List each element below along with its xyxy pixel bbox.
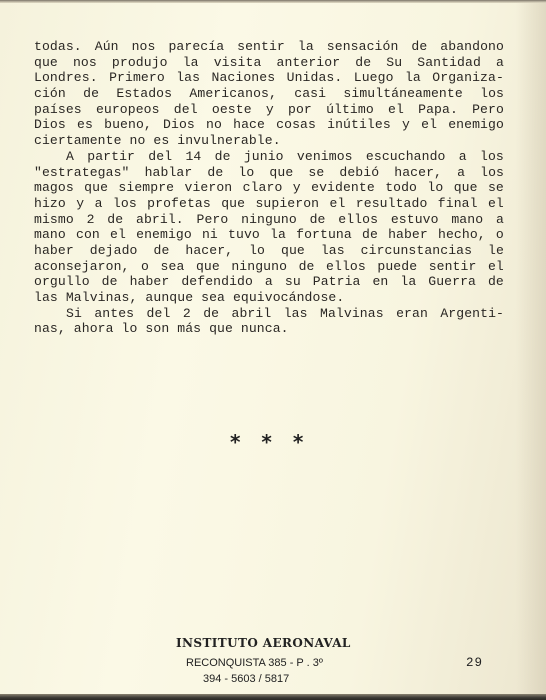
word: de (299, 259, 315, 275)
word: Estados (116, 86, 172, 102)
word: y (266, 102, 274, 118)
word: el (388, 102, 404, 118)
word: el (488, 196, 504, 212)
text-line: paíseseuropeosdeloesteyporúltimoelPapa.P… (34, 102, 504, 118)
word: las (176, 70, 200, 86)
word: a (457, 165, 465, 181)
page-number: 29 (466, 656, 483, 670)
word: ninguno (241, 212, 297, 228)
word: haber (34, 243, 74, 259)
word: hace (233, 117, 265, 133)
word: que (84, 180, 108, 196)
word: final (438, 196, 478, 212)
word: puede (377, 259, 417, 275)
word: circunstancias (361, 243, 472, 259)
word: hecho, (438, 227, 486, 243)
word: de (107, 212, 123, 228)
word: resultado (356, 196, 428, 212)
word: ni (202, 227, 218, 243)
word: el (421, 117, 437, 133)
word: o (496, 227, 504, 243)
word: Malvinas (320, 306, 384, 322)
word: Londres. (34, 70, 98, 86)
word: escuchando (366, 149, 446, 165)
word: que (454, 180, 478, 196)
word: supieron (255, 196, 319, 212)
word: por (288, 102, 312, 118)
word: partir (87, 149, 135, 165)
word: Primero (109, 70, 165, 86)
word: simultáneamente (343, 86, 462, 102)
word: Naciones (212, 70, 276, 86)
text-line: manoconelenemigonituvolafortunadehaberhe… (34, 227, 504, 243)
word: del (174, 102, 198, 118)
word: le (488, 243, 504, 259)
word: todo (385, 180, 417, 196)
word: Guerra (428, 274, 476, 290)
text-line: Londres.PrimerolasNacionesUnidas.Luegola… (34, 70, 504, 86)
word: los (480, 149, 504, 165)
word: hablar (145, 165, 193, 181)
word: o (141, 259, 149, 275)
word: del (148, 149, 172, 165)
word: haber (130, 274, 170, 290)
word: el (330, 196, 346, 212)
text-line: las Malvinas, aunque sea equivocándose. (34, 290, 504, 306)
word: defendido (181, 274, 253, 290)
word: de (411, 39, 427, 55)
body-text: todas.Aúnnosparecíasentirlasensacióndeab… (34, 39, 504, 337)
word: claro (243, 180, 283, 196)
word: las (321, 243, 345, 259)
word: vieron (185, 180, 233, 196)
word: enemigo (136, 227, 192, 243)
word: de (83, 86, 99, 102)
word: inútiles (327, 117, 391, 133)
word: fortuna (296, 227, 352, 243)
word: eran (396, 306, 428, 322)
word: produjo (112, 55, 168, 71)
word: Santidad (417, 55, 481, 71)
word: dejado (90, 243, 138, 259)
word: Unidas. (287, 70, 343, 86)
word: de (203, 306, 219, 322)
word: junio (244, 149, 284, 165)
word: tuvo (228, 227, 260, 243)
word: ción (34, 86, 66, 102)
word: siempre (118, 180, 174, 196)
word: Si (66, 306, 82, 322)
word: la (400, 274, 416, 290)
text-line: hizoyalosprofetasquesupieronelresultadof… (34, 196, 504, 212)
word: Aún (95, 39, 119, 55)
word: sentir (429, 259, 477, 275)
word: los (113, 196, 137, 212)
word: Papa. (418, 102, 458, 118)
word: orgullo (34, 274, 90, 290)
word: A (66, 149, 74, 165)
word: último (326, 102, 374, 118)
word: la (183, 55, 199, 71)
word: lo (249, 243, 265, 259)
word: 14 (185, 149, 201, 165)
word: parecía (168, 39, 224, 55)
word: Organiza- (432, 70, 504, 86)
word: se (488, 180, 504, 196)
word: nos (132, 39, 156, 55)
word: Dios (34, 117, 66, 133)
word: la (298, 39, 314, 55)
word: ellos (338, 212, 378, 228)
word: debió (339, 165, 379, 181)
word: Su (386, 55, 402, 71)
footer-address: RECONQUISTA 385 - P . 3º (186, 657, 323, 669)
word: que (221, 196, 245, 212)
word: que (196, 259, 220, 275)
word: de (215, 149, 231, 165)
word: haber (388, 227, 428, 243)
word: visita (214, 55, 262, 71)
word: antes (94, 306, 134, 322)
word: de (310, 212, 326, 228)
word: lo (427, 180, 443, 196)
word: estuvo (391, 212, 439, 228)
word: ellos (326, 259, 366, 275)
footer-institution: INSTITUTO AERONAVAL (176, 636, 351, 650)
word: enemigo (448, 117, 504, 133)
word: de (102, 274, 118, 290)
text-line: aconsejaron,oseaqueningunodeellospuedese… (34, 259, 504, 275)
word: cosas (276, 117, 316, 133)
word: lo (238, 165, 254, 181)
word: abandono (440, 39, 504, 55)
word: los (480, 165, 504, 181)
word: hizo (34, 196, 66, 212)
word: su (285, 274, 301, 290)
word: 2 (183, 306, 191, 322)
text-line: cióndeEstadosAmericanos,casisimultáneame… (34, 86, 504, 102)
word: Dios (163, 117, 195, 133)
section-separator: * * * (230, 430, 310, 454)
word: aconsejaron, (34, 259, 130, 275)
word: "estrategas" (34, 165, 130, 181)
word: y (402, 117, 410, 133)
text-line: "estrategas"hablardeloquesedebióhacer,al… (34, 165, 504, 181)
document-page: todas.Aúnnosparecíasentirlasensacióndeab… (0, 3, 546, 695)
word: no (206, 117, 222, 133)
footer-phone: 394 - 5603 / 5817 (203, 673, 289, 685)
text-line: nas, ahora lo son más que nunca. (34, 321, 504, 337)
word: profetas (147, 196, 211, 212)
word: la (405, 70, 421, 86)
word: de (362, 227, 378, 243)
word: que (281, 243, 305, 259)
word: Luego (354, 70, 394, 86)
text-line: mismo2deabril.Peroningunodeellosestuvoma… (34, 212, 504, 228)
word: sea (161, 259, 185, 275)
text-line: orgullodehaberdefendidoasuPatriaenlaGuer… (34, 274, 504, 290)
word: las (284, 306, 308, 322)
word: del (147, 306, 171, 322)
text-line: Diosesbueno,Diosnohacecosasinútilesyelen… (34, 117, 504, 133)
word: la (270, 227, 286, 243)
word: de (355, 55, 371, 71)
word: casi (294, 86, 326, 102)
text-line: Apartirdel14dejuniovenimosescuchandoalos (34, 149, 504, 165)
word: que (269, 165, 293, 181)
word: a (496, 212, 504, 228)
word: bueno, (104, 117, 152, 133)
word: mano (451, 212, 483, 228)
word: mismo (34, 212, 74, 228)
word: en (372, 274, 388, 290)
word: sentir (237, 39, 285, 55)
word: todas. (34, 39, 82, 55)
word: a (265, 274, 273, 290)
text-line: haberdejadodehacer,loquelascircunstancia… (34, 243, 504, 259)
word: venimos (297, 149, 353, 165)
text-line: ciertamente no es invulnerable. (34, 133, 504, 149)
word: se (308, 165, 324, 181)
word: y (76, 196, 84, 212)
text-line: todas.Aúnnosparecíasentirlasensacióndeab… (34, 39, 504, 55)
word: anterior (277, 55, 341, 71)
word: nos (73, 55, 97, 71)
word: el (488, 259, 504, 275)
word: Argenti- (440, 306, 504, 322)
word: mano (34, 227, 66, 243)
word: el (110, 227, 126, 243)
word: hacer, (185, 243, 233, 259)
word: Pero (197, 212, 229, 228)
word: abril. (136, 212, 184, 228)
word: países (34, 102, 82, 118)
word: a (496, 55, 504, 71)
word: de (153, 243, 169, 259)
word: y (293, 180, 301, 196)
text-line: quenosprodujolavisitaanteriordeSuSantida… (34, 55, 504, 71)
word: es (77, 117, 93, 133)
word: Pero (472, 102, 504, 118)
word: ninguno (231, 259, 287, 275)
word: Americanos, (189, 86, 277, 102)
word: Patria (313, 274, 361, 290)
word: con (76, 227, 100, 243)
word: magos (34, 180, 74, 196)
word: hacer, (394, 165, 442, 181)
word: a (95, 196, 103, 212)
word: evidente (311, 180, 375, 196)
word: de (207, 165, 223, 181)
word: de (488, 274, 504, 290)
text-line: Siantesdel2deabrillasMalvinaseranArgenti… (34, 306, 504, 322)
word: europeos (96, 102, 160, 118)
word: los (480, 86, 504, 102)
word: a (459, 149, 467, 165)
word: que (34, 55, 58, 71)
text-line: magosquesiemprevieronclaroyevidentetodol… (34, 180, 504, 196)
page-bottom-edge (0, 694, 546, 700)
word: abril (232, 306, 272, 322)
word: sensación (327, 39, 399, 55)
word: oeste (212, 102, 252, 118)
word: 2 (87, 212, 95, 228)
